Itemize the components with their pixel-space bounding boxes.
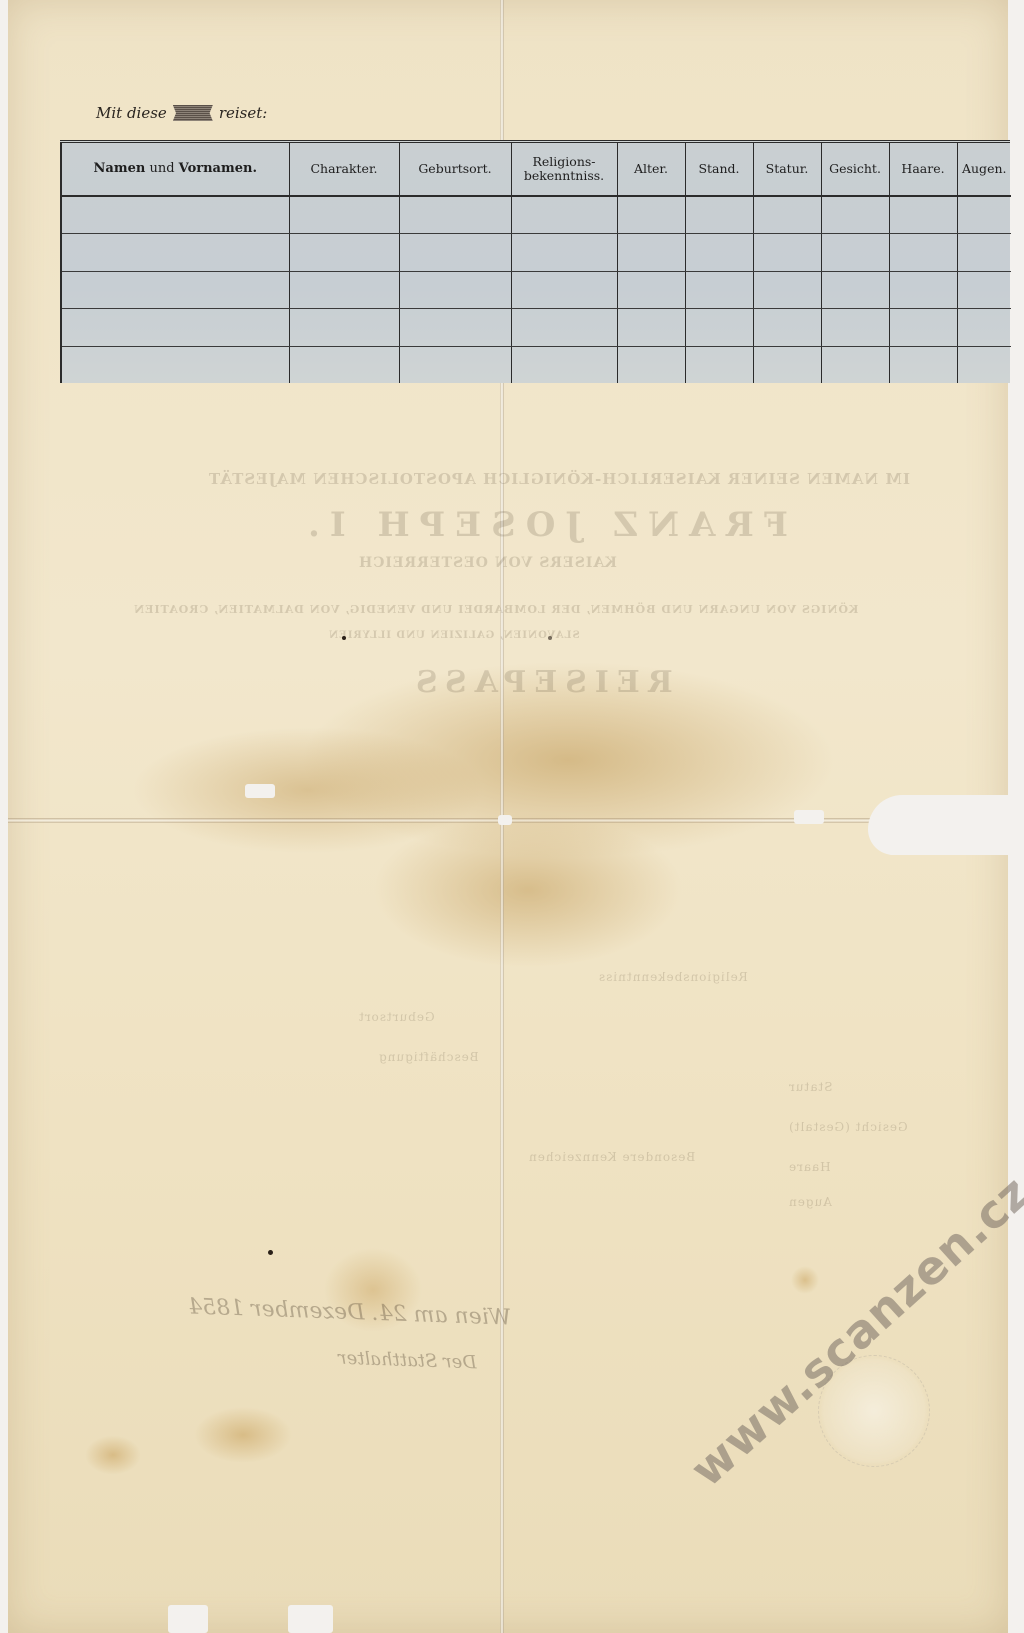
column-header-religion: Religions-bekenntniss. bbox=[511, 143, 617, 196]
handwriting-bleed: Der Statthalter bbox=[338, 1348, 477, 1374]
ink-spot bbox=[342, 636, 346, 640]
document-page: Mit diese reiset: Namen und Vornamen. Ch… bbox=[8, 0, 1008, 1633]
table-row bbox=[61, 234, 1011, 271]
bleed-through-label: Statur bbox=[788, 1080, 832, 1094]
column-header-haare: Haare. bbox=[889, 143, 957, 196]
column-header-alter: Alter. bbox=[617, 143, 685, 196]
column-header-augen: Augen. bbox=[957, 143, 1011, 196]
table-row bbox=[61, 309, 1011, 346]
crossed-out-word-icon bbox=[173, 105, 213, 121]
bleed-through-label: Beschäftigung bbox=[378, 1050, 479, 1064]
bleed-through-line: IM NAMEN SEINER KAISERLICH-KÖNIGLICH APO… bbox=[208, 470, 910, 488]
bleed-through-label: Augen bbox=[788, 1195, 832, 1209]
torn-edge bbox=[288, 1605, 333, 1633]
table-header-row: Namen und Vornamen. Charakter. Geburtsor… bbox=[61, 143, 1011, 196]
table-row bbox=[61, 196, 1011, 234]
bleed-through-label: Geburtsort bbox=[358, 1010, 435, 1024]
ink-spot bbox=[548, 636, 552, 640]
tear-hole bbox=[245, 784, 275, 798]
column-header-gesicht: Gesicht. bbox=[821, 143, 889, 196]
column-header-charakter: Charakter. bbox=[289, 143, 399, 196]
column-header-statur: Statur. bbox=[753, 143, 821, 196]
column-header-geburtsort: Geburtsort. bbox=[399, 143, 511, 196]
bleed-through-title: REISEPASS bbox=[408, 665, 673, 700]
heading-suffix: reiset: bbox=[219, 104, 268, 122]
traveller-heading: Mit diese reiset: bbox=[96, 104, 267, 122]
torn-edge bbox=[168, 1605, 208, 1633]
handwriting-bleed: Wien am 24. Dezember 1854 bbox=[188, 1294, 512, 1330]
tear-hole bbox=[498, 815, 512, 825]
table-row bbox=[61, 271, 1011, 308]
heading-prefix: Mit diese bbox=[96, 104, 167, 122]
bleed-through-label: Besondere Kennzeichen bbox=[528, 1150, 695, 1164]
bleed-through-line: KAISERS VON OESTERREICH bbox=[358, 555, 617, 571]
bleed-through-label: Gesicht (Gestalt) bbox=[788, 1120, 908, 1134]
ink-spot bbox=[268, 1250, 273, 1255]
bleed-through-title: FRANZ JOSEPH I. bbox=[298, 505, 788, 545]
bleed-through-label: Haare bbox=[788, 1160, 831, 1174]
tear-hole bbox=[794, 810, 824, 824]
column-header-stand: Stand. bbox=[685, 143, 753, 196]
column-header-name: Namen und Vornamen. bbox=[61, 143, 289, 196]
torn-edge bbox=[868, 795, 1008, 855]
bleed-through-line: SLAVONIEN, GALIZIEN UND ILLYRIEN bbox=[328, 630, 580, 641]
bleed-through-label: Religionsbekenntniss bbox=[598, 970, 748, 984]
companions-table: Namen und Vornamen. Charakter. Geburtsor… bbox=[60, 140, 1010, 383]
bleed-through-line: KÖNIGS VON UNGARN UND BÖHMEN, DER LOMBAR… bbox=[133, 603, 858, 616]
table-row bbox=[61, 346, 1011, 383]
